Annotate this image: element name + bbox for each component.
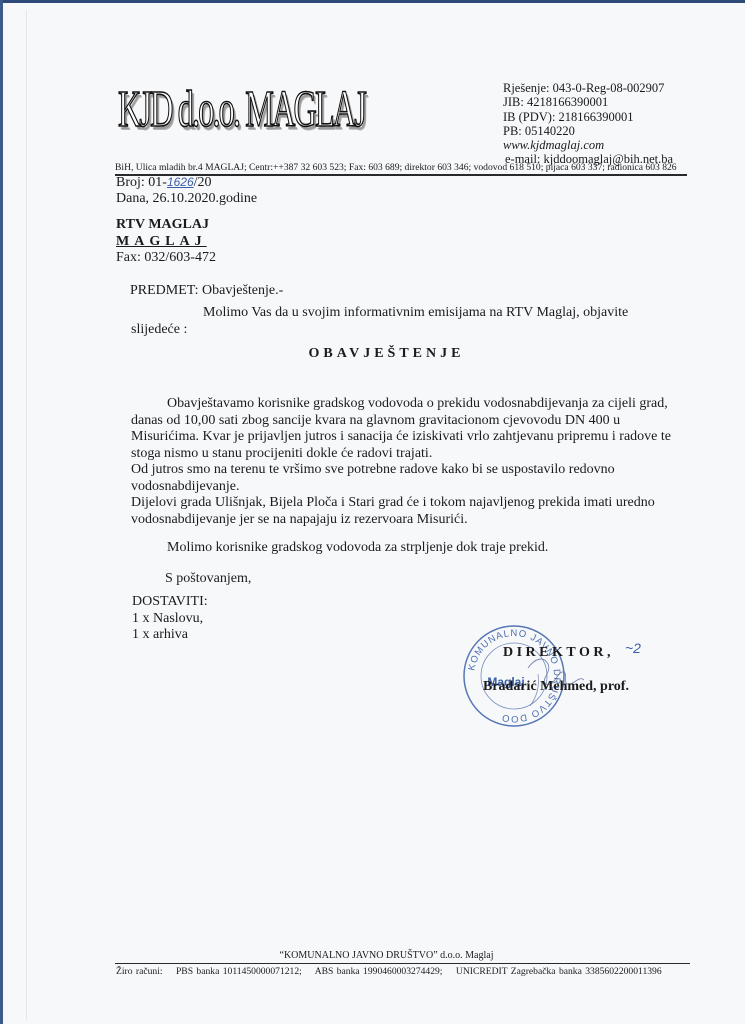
regards-line: S poštovanjem, — [165, 571, 251, 588]
letter-page: KJD d.o.o. MAGLAJ Rješenje: 043-0-Reg-08… — [0, 0, 745, 1024]
closing-line: Molimo korisnike gradskog vodovoda za st… — [167, 540, 548, 557]
intro-paragraph: Molimo Vas da u svojim informativnim emi… — [131, 305, 661, 338]
reference-suffix: /20 — [194, 175, 212, 190]
distribution-label: DOSTAVITI: — [132, 594, 208, 611]
registration-block: Rješenje: 043-0-Reg-08-002907 JIB: 42181… — [503, 81, 673, 167]
website-link[interactable]: www.kjdmaglaj.com — [503, 138, 673, 152]
footer-divider — [115, 963, 690, 964]
intro-text: Molimo Vas da u svojim informativnim emi… — [131, 305, 628, 337]
distribution-list: DOSTAVITI: 1 x Naslovu, 1 x arhiva — [132, 594, 208, 644]
reference-number: Broj: 01-1626/20 — [116, 174, 212, 192]
notice-body: Obavještavamo korisnike gradskog vodovod… — [131, 396, 679, 528]
director-name: Bradarić Mehmed, prof. — [483, 679, 629, 695]
footer-bank-accounts: Žiro računi: PBS banka 1011450000071212;… — [116, 966, 672, 977]
notice-title: OBAVJEŠTENJE — [0, 346, 745, 363]
distribution-item: 1 x Naslovu, — [132, 611, 208, 628]
bank-account: ABS banka 1990460003274429; — [315, 966, 443, 977]
registration-number: Rješenje: 043-0-Reg-08-002907 — [503, 81, 673, 95]
bank-label: Žiro računi: — [116, 966, 163, 977]
recipient-block: RTV MAGLAJ MAGLAJ Fax: 032/603-472 — [116, 217, 216, 267]
recipient-fax: Fax: 032/603-472 — [116, 250, 216, 267]
recipient-city: MAGLAJ — [116, 234, 216, 251]
recipient-name: RTV MAGLAJ — [116, 217, 216, 234]
jib-number: JIB: 4218166390001 — [503, 95, 673, 109]
subject-line: PREDMET: Obavještenje.- — [130, 283, 283, 300]
reference-prefix: Broj: 01- — [116, 175, 167, 190]
handwritten-mark: ~2 — [625, 640, 641, 656]
body-paragraph-1: Obavještavamo korisnike gradskog vodovod… — [131, 396, 679, 462]
pb-number: PB: 05140220 — [503, 124, 673, 138]
director-title: DIREKTOR, — [503, 645, 614, 661]
body-paragraph-3: Dijelovi grada Ulišnjak, Bijela Ploča i … — [131, 495, 679, 528]
handwritten-number: 1626 — [167, 175, 194, 189]
footer-company: “KOMUNALNO JAVNO DRUŠTVO” d.o.o. Maglaj — [0, 950, 745, 961]
body-paragraph-2: Od jutros smo na terenu te vršimo sve po… — [131, 462, 679, 495]
company-logo: KJD d.o.o. MAGLAJ — [118, 82, 365, 138]
bank-account: PBS banka 1011450000071212; — [176, 966, 302, 977]
vat-number: IB (PDV): 218166390001 — [503, 110, 673, 124]
distribution-item: 1 x arhiva — [132, 627, 208, 644]
letter-date: Dana, 26.10.2020.godine — [116, 191, 257, 208]
bank-account: UNICREDIT Zagrebačka banka 3385602200011… — [456, 966, 662, 977]
